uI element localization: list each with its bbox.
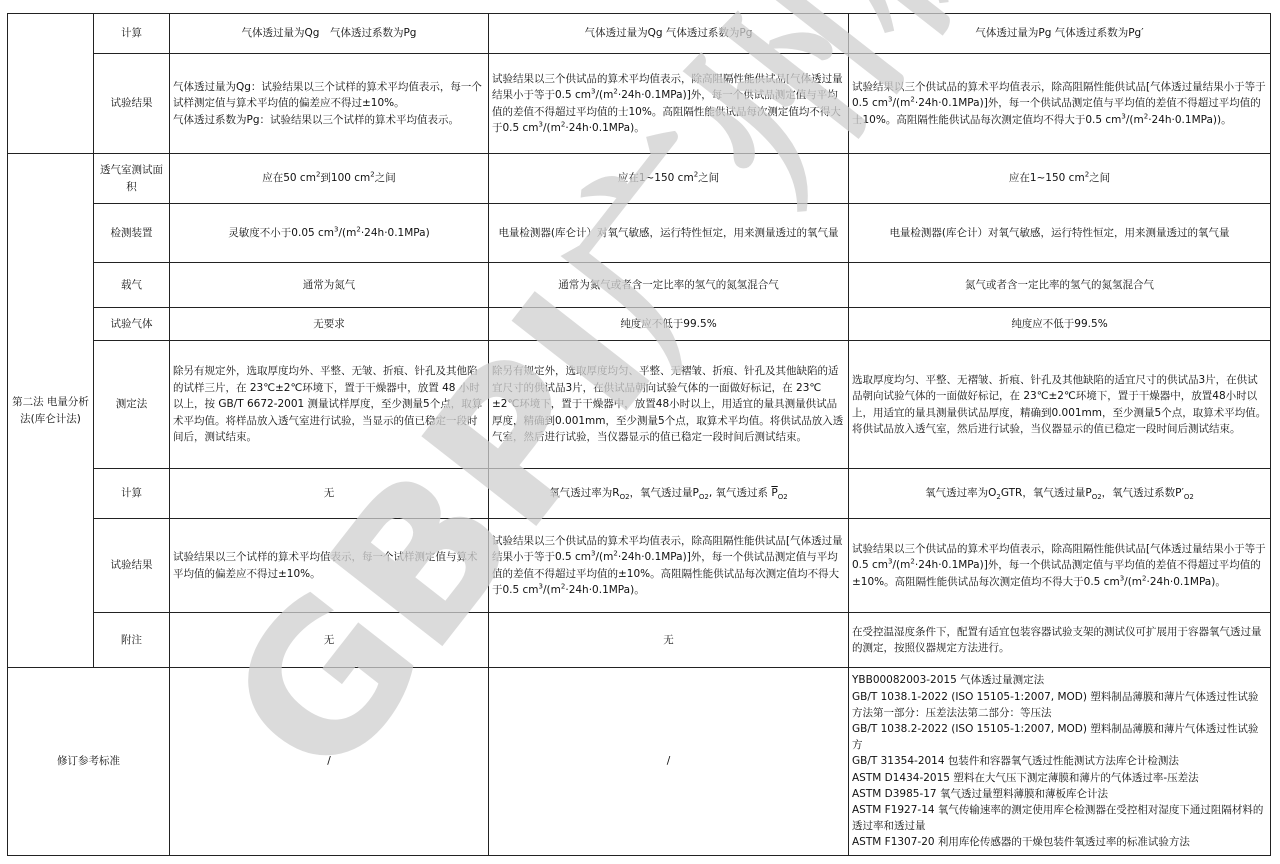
reference-item: ASTM F1927-14 氧气传输速率的测定使用库仑检测器在受控相对湿度下通过…	[852, 802, 1267, 834]
cell-col-b: 电量检测器(库仑计）对氧气敏感，运行特性恒定，用来测量透过的氧气量	[489, 204, 849, 263]
cell-col-b: /	[489, 668, 849, 856]
cell-col-a: 灵敏度不小于0.05 cm3/(m2·24h·0.1MPa)	[170, 204, 489, 263]
table-row: 试验结果 气体透过量为Qg：试验结果以三个试样的算术平均值表示，每一个试样测定值…	[8, 54, 1271, 154]
row-label: 试验气体	[94, 308, 170, 341]
cell-col-b: 氧气透过率为RO2，氧气透过量PO2, 氧气透过系 PO2	[489, 469, 849, 519]
row-label: 试验结果	[94, 54, 170, 154]
cell-col-b: 气体透过量为Qg 气体透过系数为Pg	[489, 14, 849, 54]
method1-group-cell	[8, 14, 94, 154]
cell-col-b: 纯度应不低于99.5%	[489, 308, 849, 341]
cell-col-c: 电量检测器(库仑计）对氧气敏感，运行特性恒定，用来测量透过的氧气量	[849, 204, 1271, 263]
table-row: 载气 通常为氮气 通常为氮气或者含一定比率的氢气的氮氢混合气 氮气或者含一定比率…	[8, 263, 1271, 308]
cell-col-c: 试验结果以三个供试品的算术平均值表示，除高阻隔性能供试品[气体透过量结果小于等于…	[849, 54, 1271, 154]
reference-item: ASTM F1307-20 利用库伦传感器的干燥包装件氧透过率的标准试验方法	[852, 834, 1267, 850]
reference-item: ASTM D1434-2015 塑料在大气压下测定薄膜和薄片的气体透过率-压差法	[852, 770, 1267, 786]
row-label: 计算	[94, 14, 170, 54]
table-row-references: 修订参考标准 / / YBB00082003-2015 气体透过量测定法 GB/…	[8, 668, 1271, 856]
table-row: 测定法 除另有规定外，选取厚度均外、平整、无皱、折痕、针孔及其他陷的试样三片，在…	[8, 341, 1271, 469]
references-list: YBB00082003-2015 气体透过量测定法 GB/T 1038.1-20…	[849, 668, 1271, 856]
table-row: 试验结果 试验结果以三个试样的算术平均值表示，每一个试样测定值与算术平均值的偏差…	[8, 519, 1271, 613]
row-label: 试验结果	[94, 519, 170, 613]
cell-col-a: 气体透过量为Qg：试验结果以三个试样的算术平均值表示，每一个试样测定值与算术平均…	[170, 54, 489, 154]
cell-col-b: 通常为氮气或者含一定比率的氢气的氮氢混合气	[489, 263, 849, 308]
cell-col-c: 氧气透过率为O2GTR，氧气透过量PO2，氧气透过系数P′O2	[849, 469, 1271, 519]
cell-col-a: 无	[170, 613, 489, 668]
cell-col-b: 无	[489, 613, 849, 668]
cell-col-c: 氮气或者含一定比率的氢气的氮氢混合气	[849, 263, 1271, 308]
cell-col-a: 无要求	[170, 308, 489, 341]
row-label: 计算	[94, 469, 170, 519]
reference-item: ASTM D3985-17 氧气透过量塑料薄膜和薄板库仑计法	[852, 786, 1267, 802]
cell-col-c: 在受控温湿度条件下，配置有适宜包装容器试验支架的测试仪可扩展用于容器氧气透过量的…	[849, 613, 1271, 668]
table-row: 附注 无 无 在受控温湿度条件下，配置有适宜包装容器试验支架的测试仪可扩展用于容…	[8, 613, 1271, 668]
cell-col-a: /	[170, 668, 489, 856]
cell-col-b: 除另有规定外，选取厚度均匀、平整、无褶皱、折痕、针孔及其他缺陷的适宜尺寸的供试品…	[489, 341, 849, 469]
cell-col-c: 纯度应不低于99.5%	[849, 308, 1271, 341]
method2-group-label: 第二法 电量分析法(库仑计法)	[8, 154, 94, 668]
table-row: 第二法 电量分析法(库仑计法) 透气室测试面积 应在50 cm2到100 cm2…	[8, 154, 1271, 204]
reference-item: GB/T 31354-2014 包装件和容器氧气透过性能测试方法库仑计检测法	[852, 753, 1267, 769]
cell-col-c: 气体透过量为Pg 气体透过系数为Pg′	[849, 14, 1271, 54]
cell-col-c: 试验结果以三个供试品的算术平均值表示，除高阻隔性能供试品[气体透过量结果小于等于…	[849, 519, 1271, 613]
row-label: 测定法	[94, 341, 170, 469]
table-row: 计算 无 氧气透过率为RO2，氧气透过量PO2, 氧气透过系 PO2 氧气透过率…	[8, 469, 1271, 519]
row-label: 附注	[94, 613, 170, 668]
cell-col-c: 应在1~150 cm2之间	[849, 154, 1271, 204]
table-row: 试验气体 无要求 纯度应不低于99.5% 纯度应不低于99.5%	[8, 308, 1271, 341]
row-label: 载气	[94, 263, 170, 308]
cell-col-a: 气体透过量为Qg 气体透过系数为Pg	[170, 14, 489, 54]
table-row: 计算 气体透过量为Qg 气体透过系数为Pg 气体透过量为Qg 气体透过系数为Pg…	[8, 14, 1271, 54]
references-label: 修订参考标准	[8, 668, 170, 856]
cell-col-a: 应在50 cm2到100 cm2之间	[170, 154, 489, 204]
standards-comparison-document: 计算 气体透过量为Qg 气体透过系数为Pg 气体透过量为Qg 气体透过系数为Pg…	[7, 13, 1271, 856]
cell-col-b: 试验结果以三个供试品的算术平均值表示，除高阻隔性能供试品[气体透过量结果小于等于…	[489, 54, 849, 154]
cell-col-a: 无	[170, 469, 489, 519]
reference-item: YBB00082003-2015 气体透过量测定法	[852, 672, 1267, 688]
cell-col-a: 试验结果以三个试样的算术平均值表示，每一个试样测定值与算术平均值的偏差应不得过±…	[170, 519, 489, 613]
comparison-table: 计算 气体透过量为Qg 气体透过系数为Pg 气体透过量为Qg 气体透过系数为Pg…	[7, 13, 1271, 856]
reference-item: GB/T 1038.1-2022 (ISO 15105-1:2007, MOD)…	[852, 689, 1267, 721]
cell-col-b: 试验结果以三个供试品的算术平均值表示，除高阻隔性能供试品[气体透过量结果小于等于…	[489, 519, 849, 613]
row-label: 透气室测试面积	[94, 154, 170, 204]
table-row: 检测装置 灵敏度不小于0.05 cm3/(m2·24h·0.1MPa) 电量检测…	[8, 204, 1271, 263]
cell-col-a: 除另有规定外，选取厚度均外、平整、无皱、折痕、针孔及其他陷的试样三片，在 23℃…	[170, 341, 489, 469]
row-label: 检测装置	[94, 204, 170, 263]
cell-col-a: 通常为氮气	[170, 263, 489, 308]
cell-col-b: 应在1~150 cm2之间	[489, 154, 849, 204]
reference-item: GB/T 1038.2-2022 (ISO 15105-1:2007, MOD)…	[852, 721, 1267, 753]
cell-col-c: 选取厚度均匀、平整、无褶皱、折痕、针孔及其他缺陷的适宜尺寸的供试品3片，在供试品…	[849, 341, 1271, 469]
